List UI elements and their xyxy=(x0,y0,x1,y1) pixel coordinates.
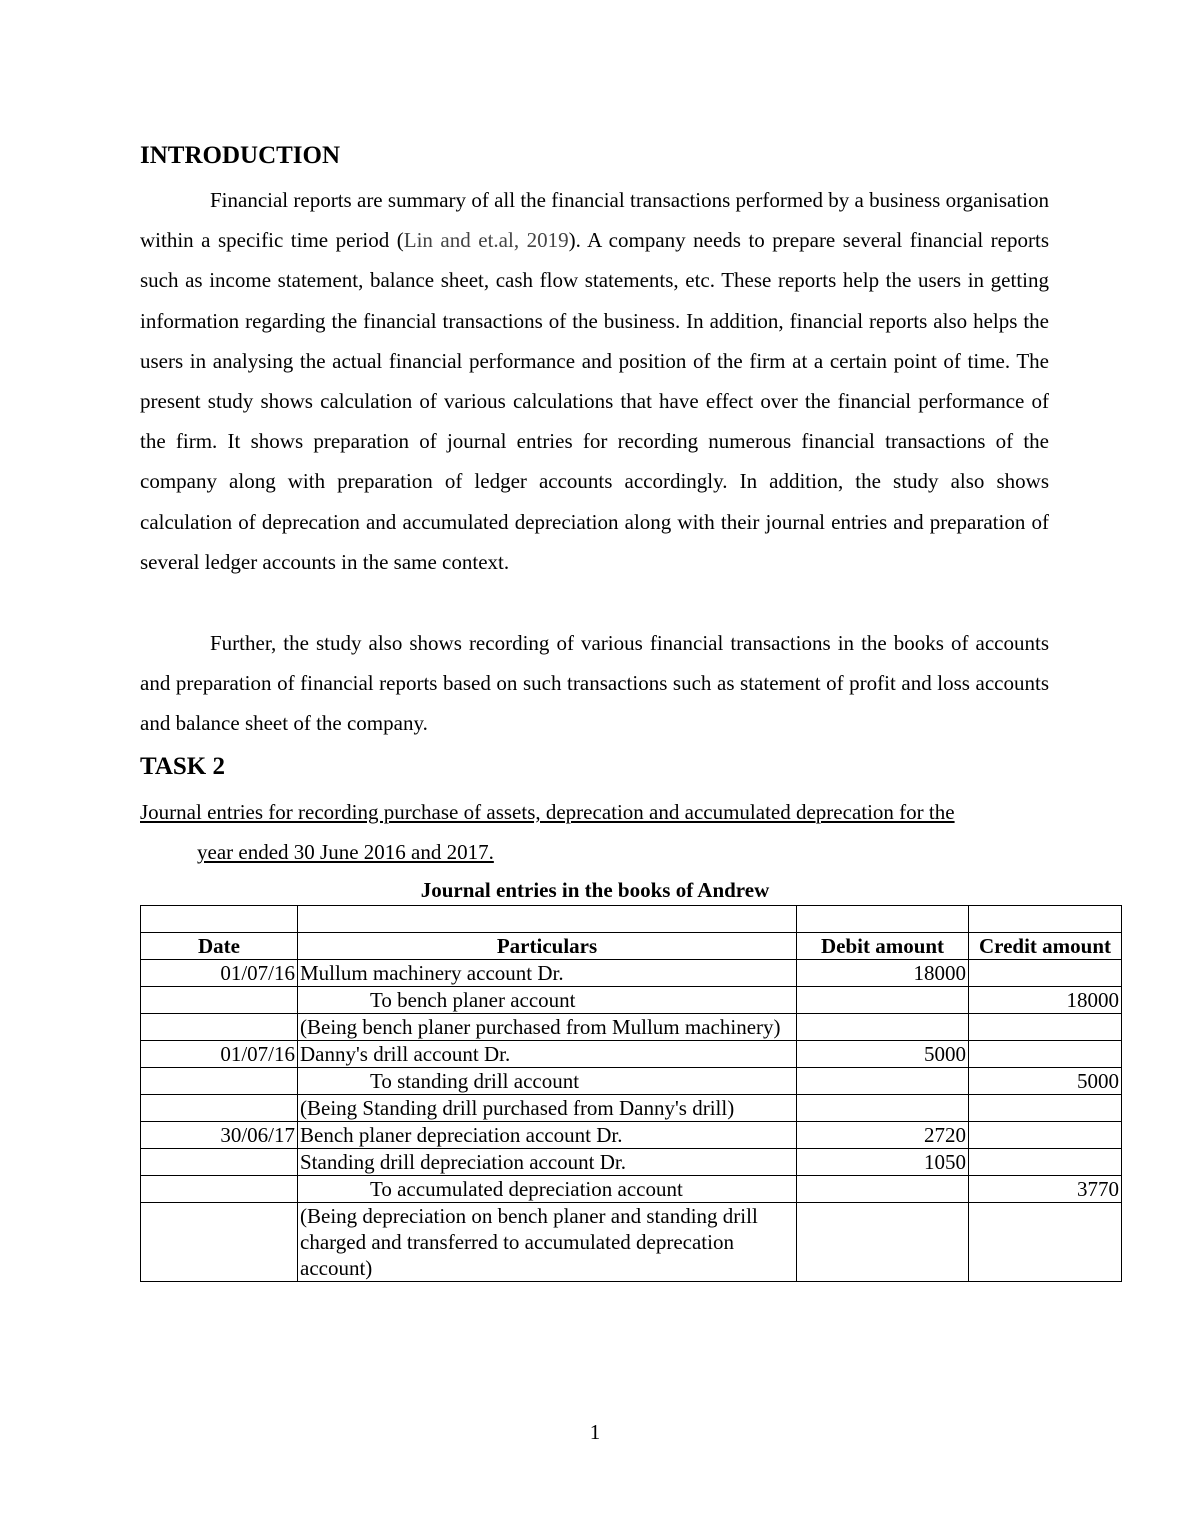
particulars-cell: Standing drill depreciation account Dr. xyxy=(298,1149,797,1176)
credit-cell xyxy=(969,1122,1122,1149)
particulars-cell: Bench planer depreciation account Dr. xyxy=(298,1122,797,1149)
debit-cell xyxy=(797,987,969,1014)
debit-cell: 18000 xyxy=(797,960,969,987)
credit-cell: 18000 xyxy=(969,987,1122,1014)
document-page: INTRODUCTION Financial reports are summa… xyxy=(0,0,1190,1540)
date-cell: 30/06/17 xyxy=(141,1122,298,1149)
table-row: To accumulated depreciation account3770 xyxy=(141,1176,1122,1203)
debit-cell xyxy=(797,1095,969,1122)
introduction-paragraph-1: Financial reports are summary of all the… xyxy=(140,180,1049,582)
particulars-cell: To accumulated depreciation account xyxy=(298,1176,797,1203)
date-cell xyxy=(141,1203,298,1282)
date-cell xyxy=(141,1176,298,1203)
date-cell xyxy=(141,1014,298,1041)
debit-cell: 1050 xyxy=(797,1149,969,1176)
credit-cell xyxy=(969,1014,1122,1041)
date-cell xyxy=(141,1068,298,1095)
table-row: To bench planer account18000 xyxy=(141,987,1122,1014)
table-row: Standing drill depreciation account Dr.1… xyxy=(141,1149,1122,1176)
debit-cell xyxy=(797,1176,969,1203)
debit-cell xyxy=(797,1068,969,1095)
table-row: (Being depreciation on bench planer and … xyxy=(141,1203,1122,1282)
date-cell xyxy=(141,1095,298,1122)
table-row: (Being bench planer purchased from Mullu… xyxy=(141,1014,1122,1041)
particulars-cell: Danny's drill account Dr. xyxy=(298,1041,797,1068)
task-subtitle: Journal entries for recording purchase o… xyxy=(140,792,1049,872)
paragraph-text: Further, the study also shows recording … xyxy=(140,631,1049,735)
credit-cell xyxy=(969,960,1122,987)
table-header-row: Date Particulars Debit amount Credit amo… xyxy=(141,933,1122,960)
task-subtitle-line-1: Journal entries for recording purchase o… xyxy=(140,800,955,824)
credit-cell xyxy=(969,1149,1122,1176)
table-row: 01/07/16Danny's drill account Dr.5000 xyxy=(141,1041,1122,1068)
debit-cell xyxy=(797,1203,969,1282)
header-debit: Debit amount xyxy=(797,933,969,960)
page-number: 1 xyxy=(0,1420,1190,1445)
date-cell xyxy=(141,1149,298,1176)
journal-entries-table: Date Particulars Debit amount Credit amo… xyxy=(140,905,1122,1282)
header-particulars: Particulars xyxy=(298,933,797,960)
credit-cell: 3770 xyxy=(969,1176,1122,1203)
debit-cell: 5000 xyxy=(797,1041,969,1068)
date-cell: 01/07/16 xyxy=(141,960,298,987)
header-date: Date xyxy=(141,933,298,960)
introduction-heading: INTRODUCTION xyxy=(140,141,340,171)
header-credit: Credit amount xyxy=(969,933,1122,960)
particulars-cell: To standing drill account xyxy=(298,1068,797,1095)
particulars-cell: To bench planer account xyxy=(298,987,797,1014)
particulars-cell: (Being Standing drill purchased from Dan… xyxy=(298,1095,797,1122)
task-subtitle-line-2: year ended 30 June 2016 and 2017. xyxy=(140,832,1049,872)
date-cell xyxy=(141,987,298,1014)
table-row: 01/07/16 Mullum machinery account Dr.180… xyxy=(141,960,1122,987)
table-row: To standing drill account5000 xyxy=(141,1068,1122,1095)
debit-cell: 2720 xyxy=(797,1122,969,1149)
introduction-paragraph-2: Further, the study also shows recording … xyxy=(140,623,1049,744)
date-cell: 01/07/16 xyxy=(141,1041,298,1068)
table-caption: Journal entries in the books of Andrew xyxy=(140,878,1050,903)
credit-cell xyxy=(969,1041,1122,1068)
citation: Lin and et.al, 2019 xyxy=(404,228,569,252)
credit-cell xyxy=(969,1095,1122,1122)
particulars-cell: (Being depreciation on bench planer and … xyxy=(298,1203,797,1282)
table-blank-row xyxy=(141,906,1122,933)
debit-cell xyxy=(797,1014,969,1041)
task-2-heading: TASK 2 xyxy=(140,752,225,782)
table-row: 30/06/17Bench planer depreciation accoun… xyxy=(141,1122,1122,1149)
table-row: (Being Standing drill purchased from Dan… xyxy=(141,1095,1122,1122)
paragraph-text: ). A company needs to prepare several fi… xyxy=(140,228,1049,574)
credit-cell xyxy=(969,1203,1122,1282)
particulars-cell: (Being bench planer purchased from Mullu… xyxy=(298,1014,797,1041)
credit-cell: 5000 xyxy=(969,1068,1122,1095)
particulars-cell: Mullum machinery account Dr. xyxy=(298,960,797,987)
